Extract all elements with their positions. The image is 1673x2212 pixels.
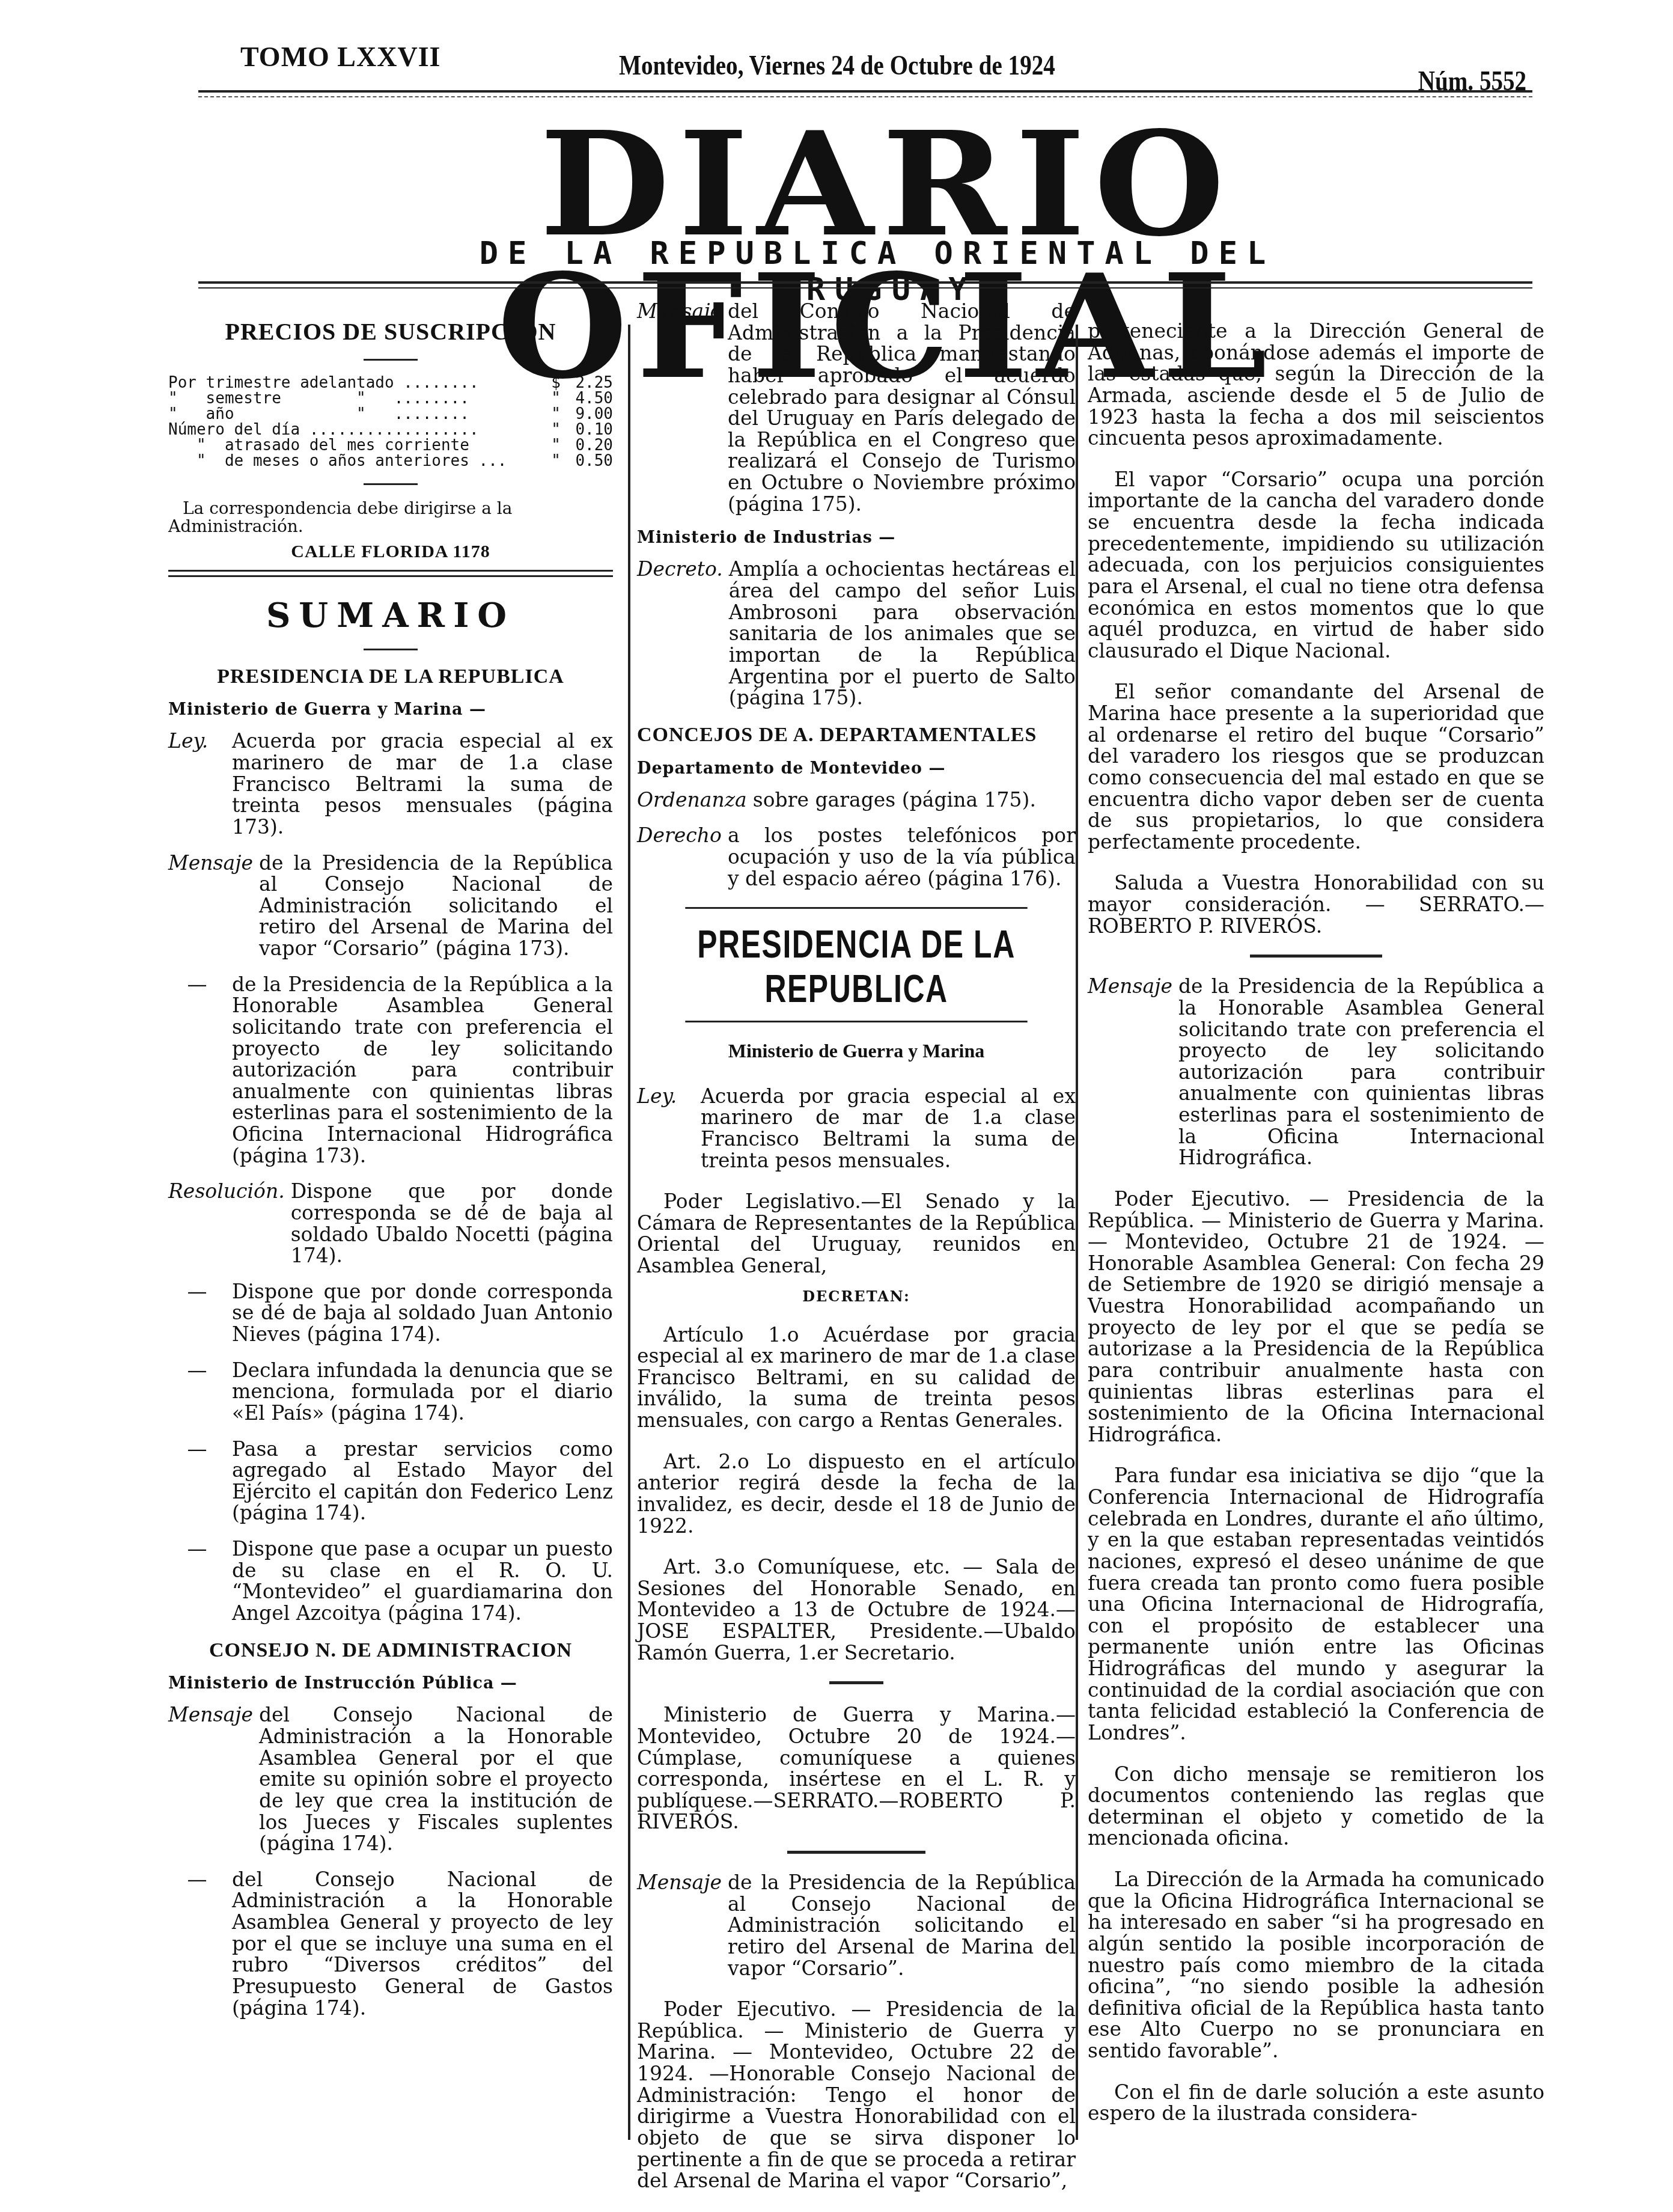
price-label: Por trimestre adelantado ........ (168, 375, 541, 391)
ministry-heading: Ministerio de Instrucción Pública — (168, 1675, 613, 1692)
summary-entry: Resolución.Dispone que por donde corresp… (168, 1181, 613, 1266)
newspaper-page: TOMO LXXVII Montevideo, Viernes 24 de Oc… (0, 0, 1673, 2212)
divider (1250, 955, 1382, 958)
letter-paragraph: La Dirección de la Armada ha comunicado … (1088, 1869, 1544, 2062)
summary-entries-industrias: Decreto.Amplía a ochocientas hectáreas e… (637, 558, 1076, 708)
letter-paragraph: Con el fin de darle solución a este asun… (1088, 2082, 1544, 2124)
price-currency: " (541, 406, 571, 422)
correspondence-note: La correspondencia debe dirigirse a la A… (168, 500, 613, 536)
price-currency: " (541, 438, 571, 453)
article-paragraph: Artículo 1.o Acuérdase por gracia especi… (637, 1324, 1076, 1431)
summary-entry: Ordenanzasobre garages (página 175). (637, 789, 1076, 811)
divider (198, 281, 1532, 284)
price-row: Número del día .................."0.10 (168, 422, 613, 438)
poder-ejecutivo-paragraph: Poder Ejecutivo. — Presidencia de la Rep… (637, 1999, 1076, 2192)
subscription-prices-heading: PRECIOS DE SUSCRIPCION (168, 319, 613, 344)
price-value: 0.50 (571, 453, 613, 469)
letter-paragraph: Poder Ejecutivo. — Presidencia de la Rep… (1088, 1188, 1544, 1446)
articles-list: Artículo 1.o Acuérdase por gracia especi… (637, 1324, 1076, 1664)
address: CALLE FLORIDA 1178 (168, 542, 613, 561)
divider (364, 649, 418, 650)
price-row: Por trimestre adelantado ........$2.25 (168, 375, 613, 391)
entry-label: Ley. (637, 1086, 701, 1172)
volume-label: TOMO LXXVII (240, 41, 440, 73)
price-label: Número del día .................. (168, 422, 541, 438)
section-heading-concejos: CONCEJOS DE A. DEPARTAMENTALES (637, 724, 1076, 747)
summary-entry: Ley.Acuerda por gracia especial al ex ma… (168, 730, 613, 837)
entry-text: Dispone que por donde corresponda se dé … (291, 1181, 613, 1266)
summary-entries-instruccion-continued: Mensajedel Consejo Nacional de Administr… (637, 301, 1076, 515)
divider (168, 570, 613, 577)
entry-label: Derecho (637, 825, 728, 889)
price-label: " semestre " ........ (168, 391, 541, 406)
entry-label: Mensaje (637, 1872, 728, 1979)
price-currency: " (541, 453, 571, 469)
section-banner-presidencia: PRESIDENCIA DE LA REPUBLICA (685, 907, 1027, 1022)
entry-label: — (168, 1869, 232, 2018)
entry-text: del Consejo Nacional de Administración a… (728, 301, 1076, 515)
mensaje-hidrografica-entry: Mensaje de la Presidencia de la Repúblic… (1088, 976, 1544, 1169)
entry-label: Mensaje (168, 852, 259, 959)
section-heading-presidencia: PRESIDENCIA DE LA REPUBLICA (168, 666, 613, 688)
divider (198, 96, 1532, 98)
column-divider (1076, 325, 1078, 2140)
entry-label: — (168, 1538, 232, 1624)
entry-label: Resolución. (168, 1181, 291, 1266)
summary-heading: SUMARIO (168, 597, 613, 634)
letter-paragraph: El señor comandante del Arsenal de Marin… (1088, 681, 1544, 852)
price-value: 0.10 (571, 422, 613, 438)
entry-label: Mensaje (168, 1704, 259, 1854)
entry-label: — (168, 1360, 232, 1424)
entry-label: — (168, 974, 232, 1167)
corsario-letter-continued: perteneciente a la Dirección General de … (1088, 320, 1544, 936)
summary-entries-departamento: Ordenanzasobre garages (página 175).Dere… (637, 789, 1076, 890)
entry-text: del Consejo Nacional de Administración a… (232, 1869, 613, 2018)
entry-label: Mensaje (1088, 976, 1178, 1169)
price-currency: " (541, 422, 571, 438)
divider (829, 1681, 883, 1684)
entry-label: Decreto. (637, 558, 729, 708)
ministry-heading: Ministerio de Guerra y Marina (637, 1040, 1076, 1062)
entry-label: — (168, 1281, 232, 1345)
entry-text: sobre garages (página 175). (753, 789, 1076, 811)
summary-entry: —de la Presidencia de la República a la … (168, 974, 613, 1167)
section-heading-consejo: CONSEJO N. DE ADMINISTRACION (168, 1640, 613, 1662)
summary-entry: Mensajedel Consejo Nacional de Administr… (168, 1704, 613, 1854)
price-label: " de meses o años anteriores ... (168, 453, 541, 469)
price-row: " semestre " ........"4.50 (168, 391, 613, 406)
divider (198, 90, 1532, 93)
entry-text: Pasa a prestar servicios como agregado a… (232, 1438, 613, 1524)
entry-text: Declara infundada la denuncia que se men… (232, 1360, 613, 1424)
column-3: perteneciente a la Dirección General de … (1088, 301, 1544, 2130)
entry-text: de la Presidencia de la República a la H… (232, 974, 613, 1167)
entry-label: — (168, 1438, 232, 1524)
article-paragraph: Art. 2.o Lo dispuesto en el artículo ant… (637, 1451, 1076, 1537)
divider (787, 1851, 925, 1854)
letter-paragraph: Con dicho mensaje se remitieron los docu… (1088, 1764, 1544, 1850)
ministry-heading: Ministerio de Industrias — (637, 529, 1076, 546)
summary-entry: Mensajede la Presidencia de la República… (168, 852, 613, 959)
entry-text: Acuerda por gracia especial al ex marine… (232, 730, 613, 837)
price-label: " año " ........ (168, 406, 541, 422)
summary-entries-guerra: Ley.Acuerda por gracia especial al ex ma… (168, 730, 613, 1624)
entry-text: de la Presidencia de la República al Con… (728, 1872, 1076, 1979)
price-label: " atrasado del mes corriente (168, 438, 541, 453)
price-value: 9.00 (571, 406, 613, 422)
price-value: 0.20 (571, 438, 613, 453)
article-paragraph: Art. 3.o Comuníquese, etc. — Sala de Ses… (637, 1556, 1076, 1663)
department-heading: Departamento de Montevideo — (637, 760, 1076, 777)
entry-text: Dispone que pase a ocupar un puesto de s… (232, 1538, 613, 1624)
entry-text: de la Presidencia de la República al Con… (259, 852, 613, 959)
ley-entry: Ley. Acuerda por gracia especial al ex m… (637, 1086, 1076, 1172)
summary-entry: Mensajedel Consejo Nacional de Administr… (637, 301, 1076, 515)
entry-text: Amplía a ochocientas hectáreas el área d… (729, 558, 1076, 708)
newspaper-subtitle: DE LA REPUBLICA ORIENTAL DEL URUGUAY (397, 236, 1358, 308)
summary-entries-instruccion: Mensajedel Consejo Nacional de Administr… (168, 1704, 613, 2018)
summary-entry: Decreto.Amplía a ochocientas hectáreas e… (637, 558, 1076, 708)
entry-label: Mensaje (637, 301, 728, 515)
hidrografica-letter: Poder Ejecutivo. — Presidencia de la Rep… (1088, 1188, 1544, 2124)
price-row: " de meses o años anteriores ..."0.50 (168, 453, 613, 469)
masthead-topline: TOMO LXXVII Montevideo, Viernes 24 de Oc… (240, 41, 1526, 83)
column-2: Mensajedel Consejo Nacional de Administr… (637, 301, 1076, 2198)
entry-text: Dispone que por donde corresponda se dé … (232, 1281, 613, 1345)
divider (364, 359, 418, 361)
letter-paragraph: El vapor “Corsario” ocupa una porción im… (1088, 469, 1544, 662)
price-row: " año " ........"9.00 (168, 406, 613, 422)
entry-label: Ordenanza (637, 789, 753, 811)
entry-label: Ley. (168, 730, 232, 837)
entry-text: de la Presidencia de la República a la H… (1178, 976, 1544, 1169)
issue-date: Montevideo, Viernes 24 de Octubre de 192… (619, 49, 1055, 81)
mensaje-corsario-entry: Mensaje de la Presidencia de la Repúblic… (637, 1872, 1076, 1979)
price-currency: " (541, 391, 571, 406)
price-row: " atrasado del mes corriente"0.20 (168, 438, 613, 453)
column-1: PRECIOS DE SUSCRIPCION Por trimestre ade… (168, 301, 613, 2033)
divider (364, 483, 418, 485)
summary-entry: —Dispone que pase a ocupar un puesto de … (168, 1538, 613, 1624)
column-divider (628, 325, 630, 2140)
ministry-heading: Ministerio de Guerra y Marina — (168, 701, 613, 718)
price-value: 2.25 (571, 375, 613, 391)
divider (198, 287, 1532, 289)
entry-text: a los postes telefónicos por ocupación y… (728, 825, 1076, 889)
decretan-heading: DECRETAN: (637, 1289, 1076, 1304)
letter-paragraph: Para fundar esa iniciativa se dijo “que … (1088, 1465, 1544, 1743)
summary-entry: —Declara infundada la denuncia que se me… (168, 1360, 613, 1424)
entry-text: del Consejo Nacional de Administración a… (259, 1704, 613, 1854)
poder-legislativo-paragraph: Poder Legislativo.—El Senado y la Cámara… (637, 1191, 1076, 1277)
cumplase-paragraph: Ministerio de Guerra y Marina.—Montevide… (637, 1704, 1076, 1833)
summary-entry: —Dispone que por donde corresponda se dé… (168, 1281, 613, 1345)
subscription-prices-table: Por trimestre adelantado ........$2.25" … (168, 375, 613, 469)
entry-text: Acuerda por gracia especial al ex marine… (701, 1086, 1076, 1172)
price-currency: $ (541, 375, 571, 391)
letter-paragraph: Saluda a Vuestra Honorabilidad con su ma… (1088, 872, 1544, 936)
summary-entry: Derechoa los postes telefónicos por ocup… (637, 825, 1076, 889)
price-value: 4.50 (571, 391, 613, 406)
summary-entry: —Pasa a prestar servicios como agregado … (168, 1438, 613, 1524)
letter-paragraph: perteneciente a la Dirección General de … (1088, 320, 1544, 449)
summary-entry: —del Consejo Nacional de Administración … (168, 1869, 613, 2018)
